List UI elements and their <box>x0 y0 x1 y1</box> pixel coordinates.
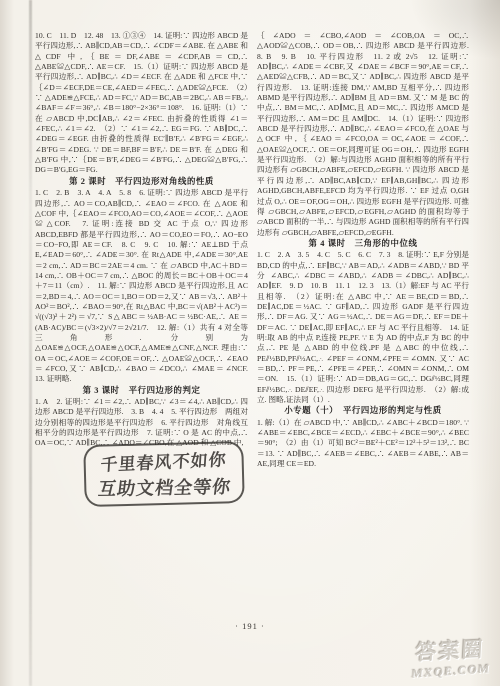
section-header: 第 2 课时 平行四边形对角线的性质 <box>35 176 248 188</box>
answer-paragraph: ｛∠ADO＝∠CBO,∠AOD＝∠COB,OA＝OC,∴ △AOD≌△COB,∴… <box>257 31 469 238</box>
watermark-site-text: MXQE.COM <box>411 663 491 681</box>
answer-paragraph: 10. C 11. D 12. 48 13. ①③④ 14. 证明:∵ 四边形 … <box>35 31 248 176</box>
answer-paragraph: 1. C 2. B 3. A 4. A 5. 8 6. 证明:∵ 四边形 ABC… <box>35 188 248 385</box>
answer-circle-logo: 答案圈 <box>410 633 490 667</box>
watermark: 答案圈 MXQE.COM <box>410 633 491 680</box>
section-header: 第 4 课时 三角形的中位线 <box>257 238 469 250</box>
answer-column-left: 10. C 11. D 12. 48 13. ①③④ 14. 证明:∵ 四边形 … <box>35 31 248 449</box>
stamp-line-2: 互助文档全等你 <box>96 473 232 501</box>
section-header: 小专题（十） 平行四边形的判定与性质 <box>257 405 469 417</box>
stamp-line-1: 千里春风不如你 <box>100 445 228 476</box>
handwritten-stamp: 千里春风不如你 互助文档全等你 <box>83 441 245 507</box>
answer-paragraph: 1. 解:（1）在 ▱ABCD 中,∵ AB∥CD,∴ ∠ABC＋∠BCD＝18… <box>257 418 469 470</box>
answer-paragraph: 1. A 2. 证明:∵ ∠1＝∠2,∴ AD∥BC,∵ ∠3＝∠4,∴ AB∥… <box>35 397 248 449</box>
section-header: 第 3 课时 平行四边形的判定 <box>35 385 248 397</box>
answer-paragraph: 1. C 2. A 3. 5 4. C 5. C 6. C 7. 3 8. 证明… <box>257 250 469 405</box>
page-number: · 191 · <box>0 621 500 631</box>
answer-column-right: ｛∠ADO＝∠CBO,∠AOD＝∠COB,OA＝OC,∴ △AOD≌△COB,∴… <box>257 31 469 469</box>
scanned-answer-page: 10. C 11. D 12. 48 13. ①③④ 14. 证明:∵ 四边形 … <box>0 0 500 686</box>
